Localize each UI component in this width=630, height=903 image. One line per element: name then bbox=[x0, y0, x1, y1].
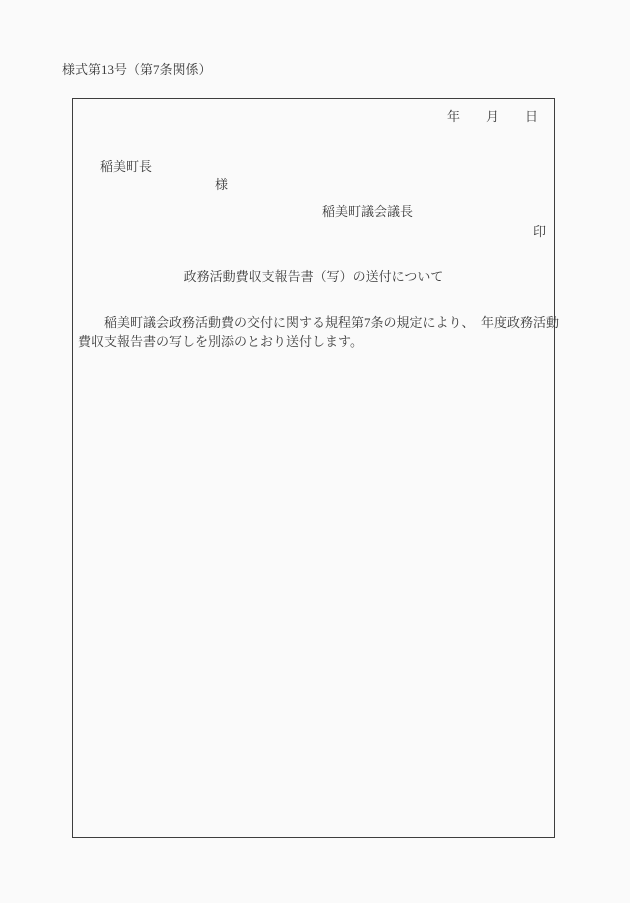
body-line-1: 稲美町議会政務活動費の交付に関する規程第7条の規定により、 年度政務活動 bbox=[78, 313, 550, 332]
form-number-label: 様式第13号（第7条関係） bbox=[62, 63, 212, 76]
addressee-name: 稲美町長 bbox=[100, 160, 152, 173]
document-frame: 年 月 日 稲美町長 様 稲美町議会議長 印 政務活動費収支報告書（写）の送付に… bbox=[72, 98, 555, 838]
body-paragraph: 稲美町議会政務活動費の交付に関する規程第7条の規定により、 年度政務活動 費収支… bbox=[78, 313, 550, 351]
sender-title: 稲美町議会議長 bbox=[322, 205, 413, 218]
date-line: 年 月 日 bbox=[447, 110, 538, 123]
seal-mark: 印 bbox=[533, 225, 546, 238]
addressee-honorific: 様 bbox=[215, 178, 228, 191]
document-page: 様式第13号（第7条関係） 年 月 日 稲美町長 様 稲美町議会議長 印 政務活… bbox=[0, 0, 630, 903]
body-line-2: 費収支報告書の写しを別添のとおり送付します。 bbox=[78, 332, 550, 351]
subject-title: 政務活動費収支報告書（写）の送付について bbox=[73, 270, 554, 283]
